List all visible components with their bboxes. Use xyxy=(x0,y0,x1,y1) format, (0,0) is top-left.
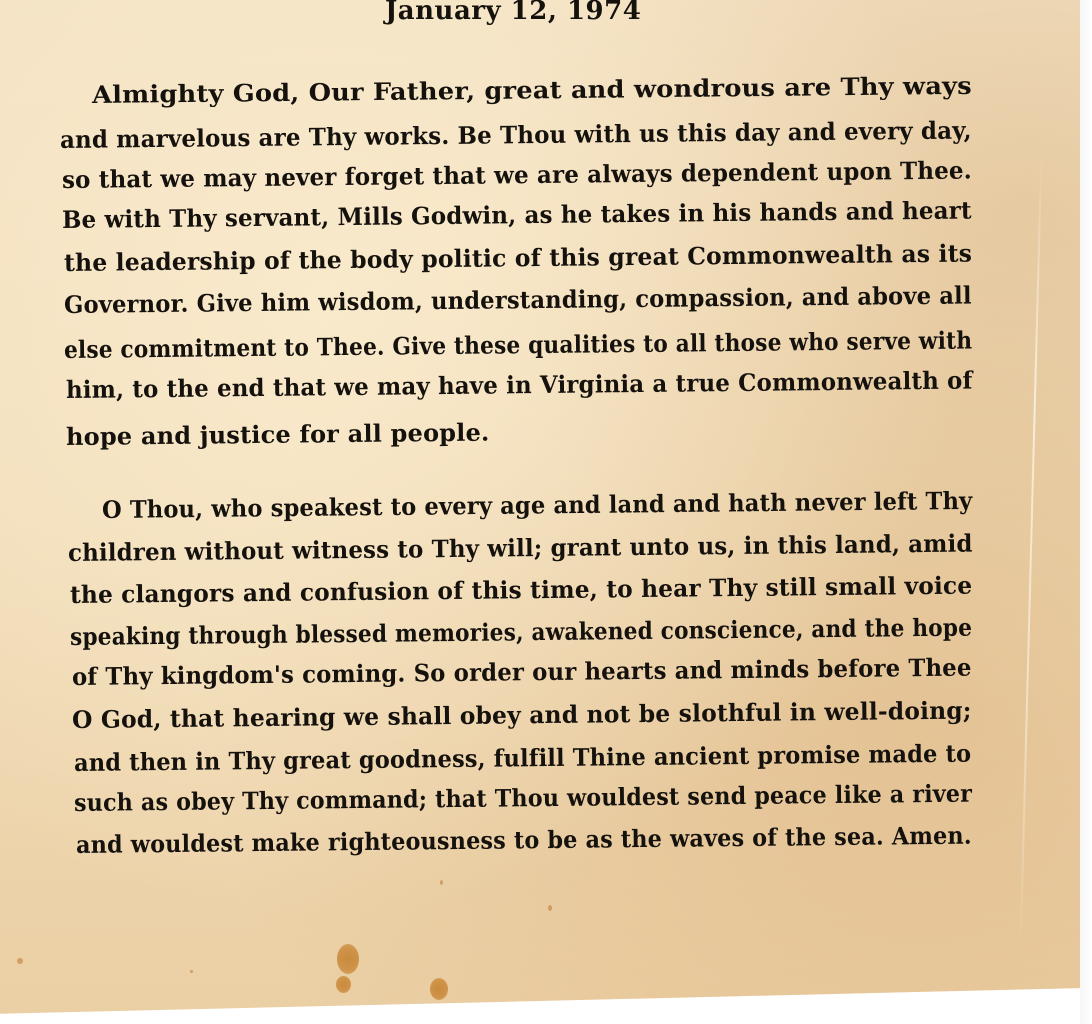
stain-speck xyxy=(440,880,443,885)
stain-mark xyxy=(430,978,448,1000)
page-edge xyxy=(1080,0,1092,1024)
stain-mark xyxy=(336,976,351,993)
stain-speck xyxy=(190,970,193,973)
stain-mark xyxy=(337,944,359,974)
stain-speck xyxy=(548,905,552,911)
document-date: January 12, 1974 xyxy=(385,0,641,26)
stain-speck xyxy=(17,958,23,964)
text-line: hope and justice for all people. xyxy=(66,418,490,451)
